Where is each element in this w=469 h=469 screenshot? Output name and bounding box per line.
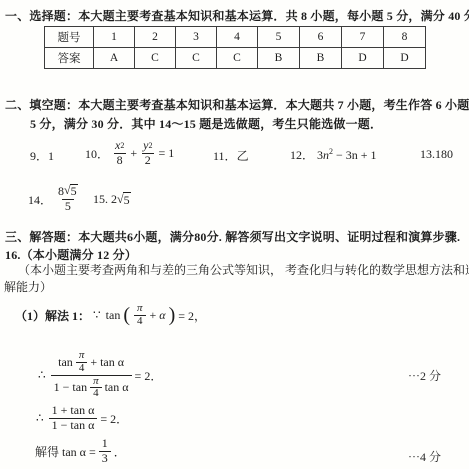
solution-eq3: ∴ 1 + tan α 1 − tan α = 2． xyxy=(36,402,128,434)
radicand: 5 xyxy=(70,184,78,199)
answer-q15: 15. 2√5 xyxy=(93,192,131,208)
denominator-4: 4 xyxy=(134,315,146,328)
solution-eq2: ∴ tan π 4 + tan α 1 − tan π 4 xyxy=(38,344,162,406)
question-number-cell: 1 xyxy=(94,27,135,48)
tan-function: tan xyxy=(106,308,121,323)
q9-value: 1 xyxy=(48,149,54,163)
q10-den1: 8 xyxy=(114,153,126,168)
numerator-plus-tan-alpha: + tan α xyxy=(90,356,124,370)
q11-label: 11． xyxy=(213,149,237,163)
answer-q11: 11．乙 xyxy=(213,147,249,164)
fraction-1-over-3: 1 3 xyxy=(99,437,111,466)
tan-function: tan xyxy=(58,356,73,370)
alpha-symbol: α xyxy=(159,308,165,323)
section1-heading: 一、选择题：本大题主要考查基本知识和基本运算．共 8 小题，每小题 5 分，满分… xyxy=(5,7,469,24)
answer-cell: A xyxy=(94,48,135,69)
left-paren: ( xyxy=(123,305,130,325)
denominator-4: 4 xyxy=(90,387,102,400)
pi-symbol: π xyxy=(134,303,146,315)
tan-addition-formula-fraction: tan π 4 + tan α 1 − tan π 4 tan α xyxy=(51,350,132,399)
row-label-number: 题号 xyxy=(45,27,94,48)
fraction-y2-over-2: y2 2 xyxy=(140,139,155,168)
denominator-4: 4 xyxy=(76,362,88,375)
sqrt-5: √5 xyxy=(64,184,78,199)
table-row-question-numbers: 题号 1 2 3 4 5 6 7 8 xyxy=(45,27,426,48)
eq4-numerator: 1 xyxy=(99,437,111,451)
denominator-one-minus-tan: 1 − tan xyxy=(54,381,87,395)
answer-q9: 9．1 xyxy=(30,147,54,164)
exam-answer-key-document: 一、选择题：本大题主要考查基本知识和基本运算．共 8 小题，每小题 5 分，满分… xyxy=(0,0,469,469)
q16-note-line1: （本小题主要考查两角和与差的三角公式等知识， 考查化归与转化的数学思想方法和运算… xyxy=(18,261,469,278)
choice-answer-table: 题号 1 2 3 4 5 6 7 8 答案 A C C C B B D D xyxy=(44,26,426,69)
eq2-rhs: = 2． xyxy=(135,367,163,384)
q12-exponent: 2 xyxy=(329,147,333,156)
section2-heading-line2: 5 分，满分 30 分．其中 14～15 题是选做题，考生只能选做一题． xyxy=(30,115,382,132)
step1-label: （1）解法 1： xyxy=(15,307,90,324)
question-number-cell: 4 xyxy=(217,27,258,48)
answer-cell: B xyxy=(300,48,342,69)
section2-heading-line1: 二、填空题：本大题主要考查基本知识和基本运算．本大题共 7 小题，考生作答 6 … xyxy=(5,96,469,113)
solution-eq4: 解得 tan α = 1 3 ． xyxy=(35,437,126,465)
q10-label: 10． xyxy=(85,145,109,162)
section3-heading: 三、解答题：本大题共6小题，满分80分. 解答须写出文字说明、证明过程和演算步骤… xyxy=(5,228,460,245)
q14-den: 5 xyxy=(62,199,74,214)
sqrt-5: √5 xyxy=(117,192,131,208)
eq4-prefix: 解得 tan α = xyxy=(35,443,96,460)
pi-symbol: π xyxy=(76,350,88,362)
answer-q12: 12． 3n2 − 3n + 1 xyxy=(290,146,377,163)
score-mark-4: ⋯4 分 xyxy=(408,448,441,465)
row-label-answer: 答案 xyxy=(45,48,94,69)
question-number-cell: 8 xyxy=(384,27,426,48)
q10-equals-1: = 1 xyxy=(158,146,174,161)
answer-q13: 13.180 xyxy=(420,147,453,162)
pi-symbol: π xyxy=(90,376,102,388)
eq3-numerator: 1 + tan α xyxy=(49,404,98,418)
q12-rest: − 3n + 1 xyxy=(336,148,377,162)
simplified-fraction: 1 + tan α 1 − tan α xyxy=(49,404,98,433)
fraction-pi-over-4: π 4 xyxy=(134,303,146,327)
q13-label: 13. xyxy=(420,147,435,161)
question-number-cell: 2 xyxy=(135,27,176,48)
answer-cell: C xyxy=(135,48,176,69)
question-number-cell: 7 xyxy=(342,27,384,48)
q15-label: 15. xyxy=(93,192,108,206)
fraction-pi-over-4: π 4 xyxy=(90,376,102,400)
fraction-pi-over-4: π 4 xyxy=(76,350,88,374)
because-sign: ∵ xyxy=(93,308,103,323)
answer-cell: C xyxy=(217,48,258,69)
question-number-cell: 3 xyxy=(176,27,217,48)
eq3-rhs: = 2． xyxy=(100,410,128,427)
question-number-cell: 6 xyxy=(300,27,342,48)
question-number-cell: 5 xyxy=(258,27,300,48)
plus-sign: + xyxy=(150,308,157,323)
fraction-x2-over-8: x2 8 xyxy=(112,139,127,168)
radicand: 5 xyxy=(123,192,131,208)
fraction-8root5-over-5: 8√5 5 xyxy=(55,184,81,214)
plus-sign: + xyxy=(130,146,137,161)
q14-label: 14． xyxy=(28,191,52,208)
eq4-period: ． xyxy=(114,443,126,460)
answer-cell: D xyxy=(342,48,384,69)
score-mark-2: ⋯2 分 xyxy=(408,367,441,384)
therefore-sign: ∴ xyxy=(38,368,48,383)
answer-cell: C xyxy=(176,48,217,69)
answer-q10: 10． x2 8 + y2 2 = 1 xyxy=(85,137,174,169)
therefore-sign: ∴ xyxy=(36,411,46,426)
q16-note-line2: 解能力） xyxy=(4,278,52,295)
step1-rhs: = 2， xyxy=(178,307,206,324)
denominator-tan-alpha: tan α xyxy=(105,381,129,395)
q11-value: 乙 xyxy=(237,149,249,163)
table-row-answers: 答案 A C C C B B D D xyxy=(45,48,426,69)
answer-cell: D xyxy=(384,48,426,69)
solution-step1: （1）解法 1： ∵ tan ( π 4 + α ) = 2， xyxy=(15,300,206,330)
answer-q14: 14． 8√5 5 xyxy=(28,183,81,215)
q12-label: 12． xyxy=(290,148,314,162)
right-paren: ) xyxy=(169,305,176,325)
q13-value: 180 xyxy=(435,147,453,161)
answer-cell: B xyxy=(258,48,300,69)
eq4-denominator: 3 xyxy=(99,451,111,466)
q9-label: 9． xyxy=(30,149,48,163)
q10-den2: 2 xyxy=(142,153,154,168)
eq3-denominator: 1 − tan α xyxy=(49,418,98,433)
